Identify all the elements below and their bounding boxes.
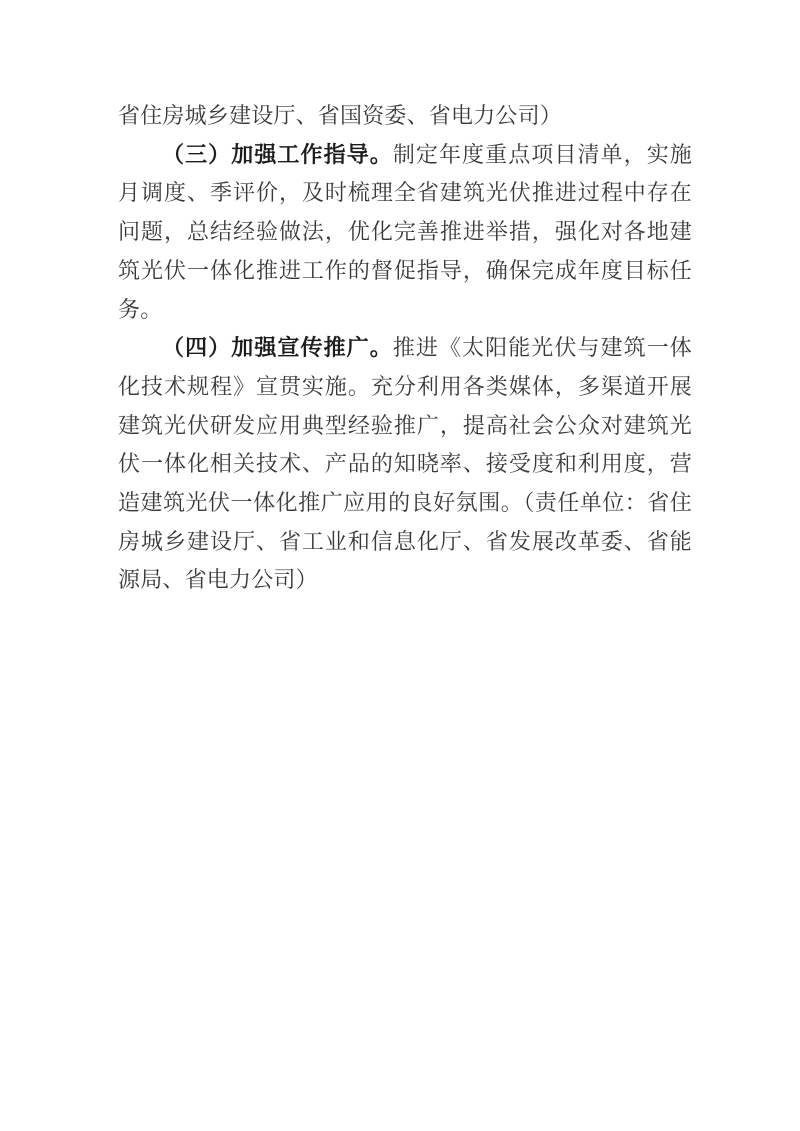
document-page: 省住房城乡建设厅、省国资委、省电力公司） （三）加强工作指导。制定年度重点项目清… xyxy=(0,0,800,1131)
paragraph-section-3: （三）加强工作指导。制定年度重点项目清单，实施月调度、季评价，及时梳理全省建筑光… xyxy=(118,136,692,330)
paragraph-text: 省住房城乡建设厅、省国资委、省电力公司） xyxy=(118,103,562,128)
paragraph-text: 制定年度重点项目清单，实施月调度、季评价，及时梳理全省建筑光伏推进过程中存在问题… xyxy=(118,142,692,322)
document-body: 省住房城乡建设厅、省国资委、省电力公司） （三）加强工作指导。制定年度重点项目清… xyxy=(118,97,692,600)
paragraph-continuation: 省住房城乡建设厅、省国资委、省电力公司） xyxy=(118,97,692,136)
paragraph-section-4: （四）加强宣传推广。推进《太阳能光伏与建筑一体化技术规程》宣贯实施。充分利用各类… xyxy=(118,329,692,600)
section-3-heading: （三）加强工作指导。 xyxy=(162,142,393,167)
section-4-heading: （四）加强宣传推广。 xyxy=(162,335,393,360)
paragraph-text: 推进《太阳能光伏与建筑一体化技术规程》宣贯实施。充分利用各类媒体，多渠道开展建筑… xyxy=(118,335,692,592)
